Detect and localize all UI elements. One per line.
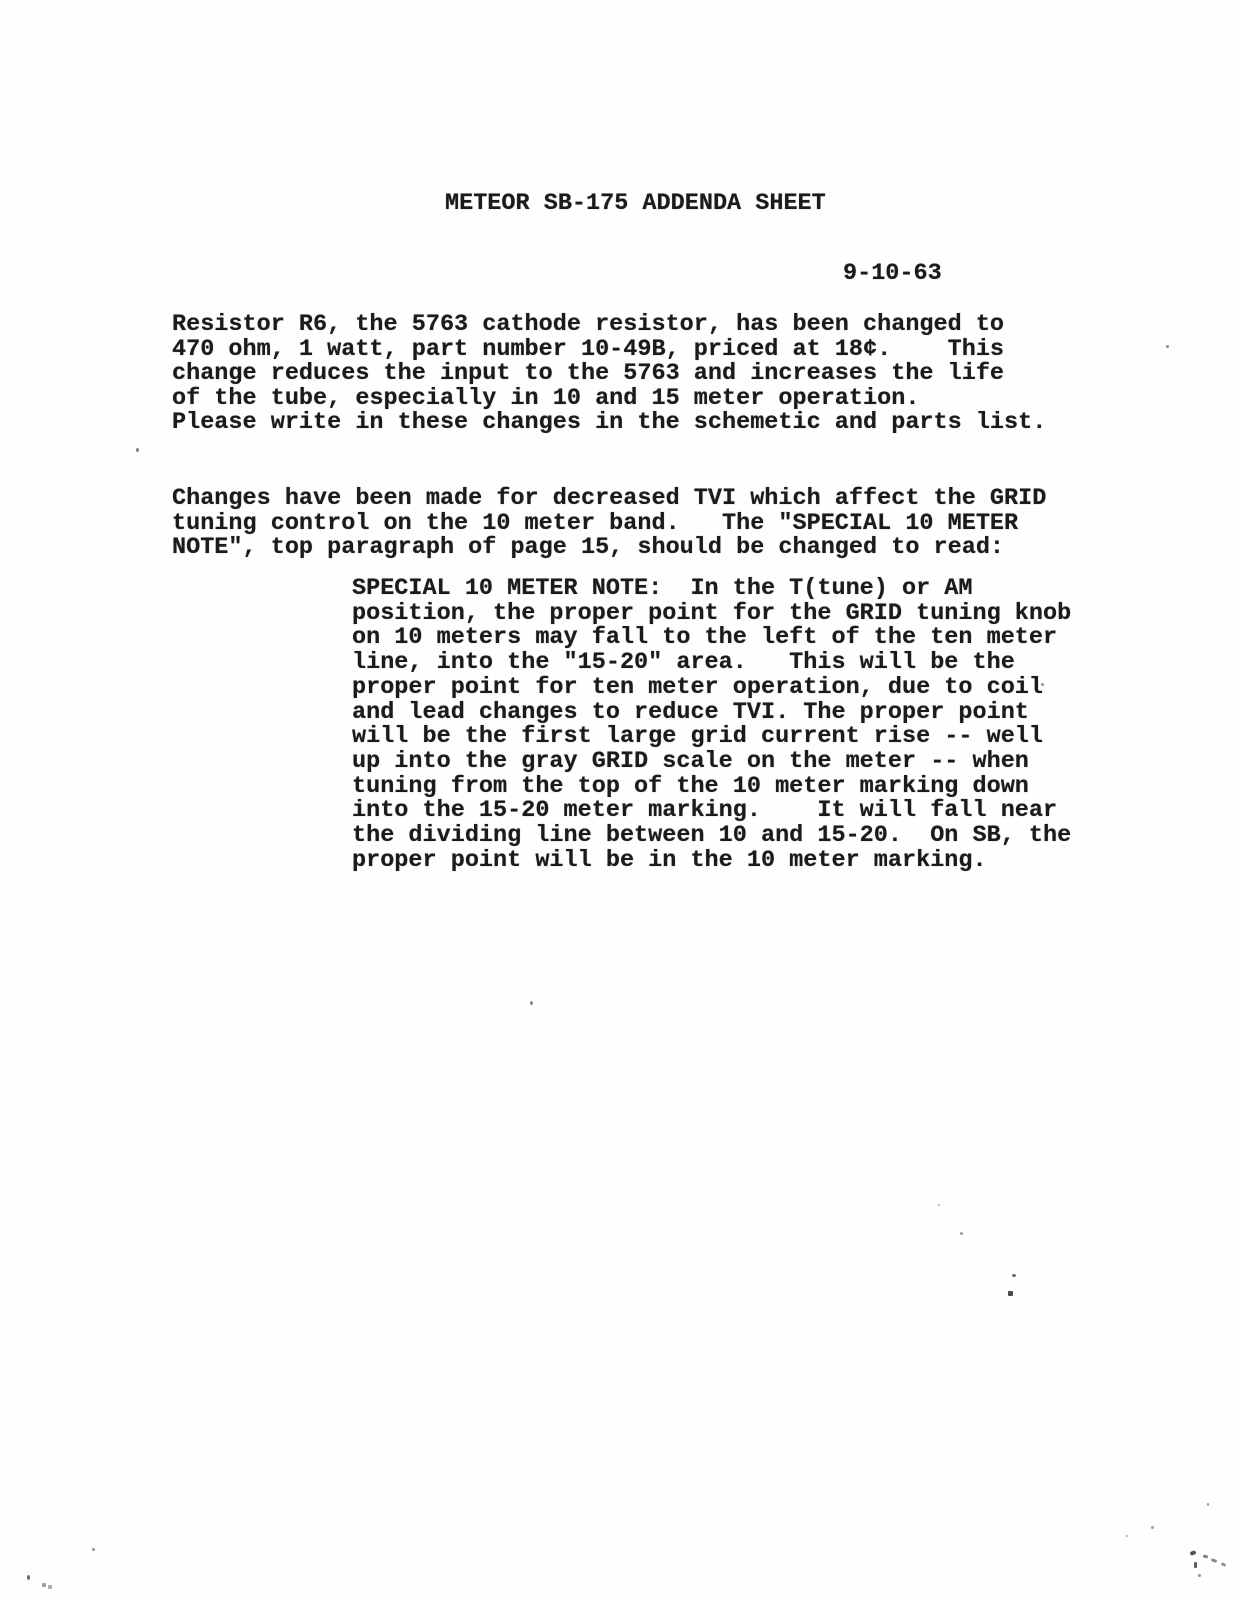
text-line: NOTE", top paragraph of page 15, should …: [172, 536, 1046, 561]
paragraph-resistor-change: Resistor R6, the 5763 cathode resistor, …: [172, 313, 1046, 436]
ink-speck: [1221, 1562, 1227, 1567]
text-line: proper point for ten meter operation, du…: [352, 676, 1071, 701]
text-line: will be the first large grid current ris…: [352, 725, 1071, 750]
ink-speck: [1041, 683, 1044, 686]
paragraph-tvi-changes: Changes have been made for decreased TVI…: [172, 487, 1046, 561]
ink-speck: [1151, 1526, 1154, 1529]
special-note-block: SPECIAL 10 METER NOTE: In the T(tune) or…: [352, 577, 1071, 873]
text-line: and lead changes to reduce TVI. The prop…: [352, 701, 1071, 726]
text-line: the dividing line between 10 and 15-20. …: [352, 824, 1071, 849]
text-line: Please write in these changes in the sch…: [172, 411, 1046, 436]
text-line: 470 ohm, 1 watt, part number 10-49B, pri…: [172, 338, 1046, 363]
text-line: Resistor R6, the 5763 cathode resistor, …: [172, 313, 1046, 338]
ink-speck: [27, 1575, 30, 1580]
ink-speck: [1198, 1574, 1201, 1577]
scanned-document-page: METEOR SB-175 ADDENDA SHEET 9-10-63 Resi…: [0, 0, 1237, 1600]
ink-speck: [1194, 1562, 1197, 1568]
ink-speck: [530, 1001, 533, 1005]
text-line: tuning from the top of the 10 meter mark…: [352, 775, 1071, 800]
text-line: on 10 meters may fall to the left of the…: [352, 626, 1071, 651]
text-line: SPECIAL 10 METER NOTE: In the T(tune) or…: [352, 577, 1071, 602]
text-line: Changes have been made for decreased TVI…: [172, 487, 1046, 512]
ink-speck: [1126, 1535, 1128, 1537]
ink-speck: [1012, 1274, 1016, 1277]
ink-speck: [136, 448, 139, 452]
text-line: change reduces the input to the 5763 and…: [172, 362, 1046, 387]
date-stamp: 9-10-63: [843, 262, 942, 287]
text-line: proper point will be in the 10 meter mar…: [352, 849, 1071, 874]
ink-speck: [1207, 1503, 1209, 1506]
ink-speck: [92, 1548, 95, 1551]
text-line: tuning control on the 10 meter band. The…: [172, 512, 1046, 537]
ink-speck: [42, 1583, 46, 1587]
ink-speck: [1166, 345, 1169, 348]
ink-speck: [48, 1585, 52, 1589]
text-line: up into the gray GRID scale on the meter…: [352, 750, 1071, 775]
ink-speck: [1211, 1558, 1218, 1563]
ink-speck: [1189, 1550, 1196, 1556]
text-line: position, the proper point for the GRID …: [352, 602, 1071, 627]
ink-speck: [1203, 1554, 1209, 1558]
ink-speck: [1008, 1291, 1013, 1296]
document-title: METEOR SB-175 ADDENDA SHEET: [445, 192, 826, 217]
text-line: line, into the "15-20" area. This will b…: [352, 651, 1071, 676]
text-line: into the 15-20 meter marking. It will fa…: [352, 799, 1071, 824]
text-line: of the tube, especially in 10 and 15 met…: [172, 387, 1046, 412]
ink-speck: [938, 1204, 940, 1206]
ink-speck: [960, 1232, 963, 1235]
